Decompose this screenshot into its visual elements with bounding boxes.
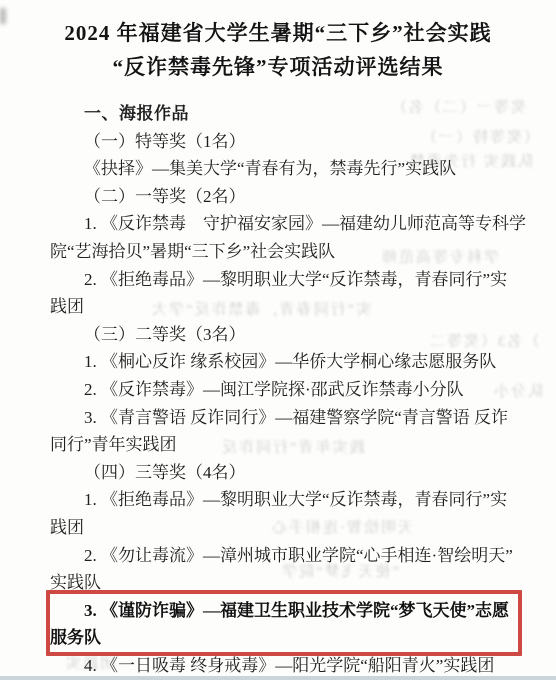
entry-third-prize-3-continuation: 服务队 <box>50 624 512 652</box>
entry-third-prize-2: 2. 《勿让毒流》—漳州城市职业学院“心手相连·智绘明天” <box>50 542 512 570</box>
title-line-2: “反诈禁毒先锋”专项活动评选结果 <box>0 50 556 84</box>
title-line-1: 2024 年福建省大学生暑期“三下乡”社会实践 <box>0 16 556 50</box>
award-tier-third-prize: （四）三等奖（4名） <box>50 459 512 487</box>
section-heading-posters: 一、海报作品 <box>50 100 512 128</box>
award-tier-grand-prize: （一）特等奖（1名） <box>50 128 512 156</box>
entry-third-prize-1-continuation: 践团 <box>50 514 512 542</box>
entry-first-prize-2: 2. 《拒绝毒品》—黎明职业大学“反诈禁毒，青春同行”实 <box>50 266 512 294</box>
entry-first-prize-1-continuation: 院“艺海拾贝”暑期“三下乡”社会实践队 <box>50 238 512 266</box>
entry-third-prize-3-highlighted: 3. 《谨防诈骗》—福建卫生职业技术学院“梦飞天使”志愿 <box>50 597 512 625</box>
entry-third-prize-1: 1. 《拒绝毒品》—黎明职业大学“反诈禁毒，青春同行”实 <box>50 486 512 514</box>
award-tier-first-prize: （二）一等奖（2名） <box>50 183 512 211</box>
entry-first-prize-2-continuation: 践团 <box>50 293 512 321</box>
document-title: 2024 年福建省大学生暑期“三下乡”社会实践 “反诈禁毒先锋”专项活动评选结果 <box>0 16 556 84</box>
entry-grand-prize: 《抉择》—集美大学“青春有为，禁毒先行”实践队 <box>50 155 512 183</box>
entry-third-prize-4: 4. 《一日吸毒 终身戒毒》—阳光学院“船阳青火”实践团 <box>50 652 512 680</box>
award-tier-second-prize: （三）二等奖（3名） <box>50 321 512 349</box>
entry-second-prize-1: 1. 《桐心反诈 缘系校园》—华侨大学桐心缘志愿服务队 <box>50 348 512 376</box>
entry-first-prize-1: 1. 《反诈禁毒 守护福安家园》—福建幼儿师范高等专科学 <box>50 210 512 238</box>
entry-second-prize-2: 2. 《反诈禁毒》—闽江学院探·邵武反诈禁毒小分队 <box>50 376 512 404</box>
document-body: 一、海报作品 （一）特等奖（1名） 《抉择》—集美大学“青春有为，禁毒先行”实践… <box>50 100 512 679</box>
entry-third-prize-2-continuation: 实践队 <box>50 569 512 597</box>
entry-second-prize-3-continuation: 同行”青年实践团 <box>50 431 512 459</box>
scanned-document-page: 奖等一（二）名） （奖等特（一） 队践实 行先毒禁 学科专等高范师 实”行同春青… <box>0 0 556 680</box>
entry-second-prize-3: 3. 《青言警语 反诈同行》—福建警察学院“青言警语 反诈 <box>50 404 512 432</box>
